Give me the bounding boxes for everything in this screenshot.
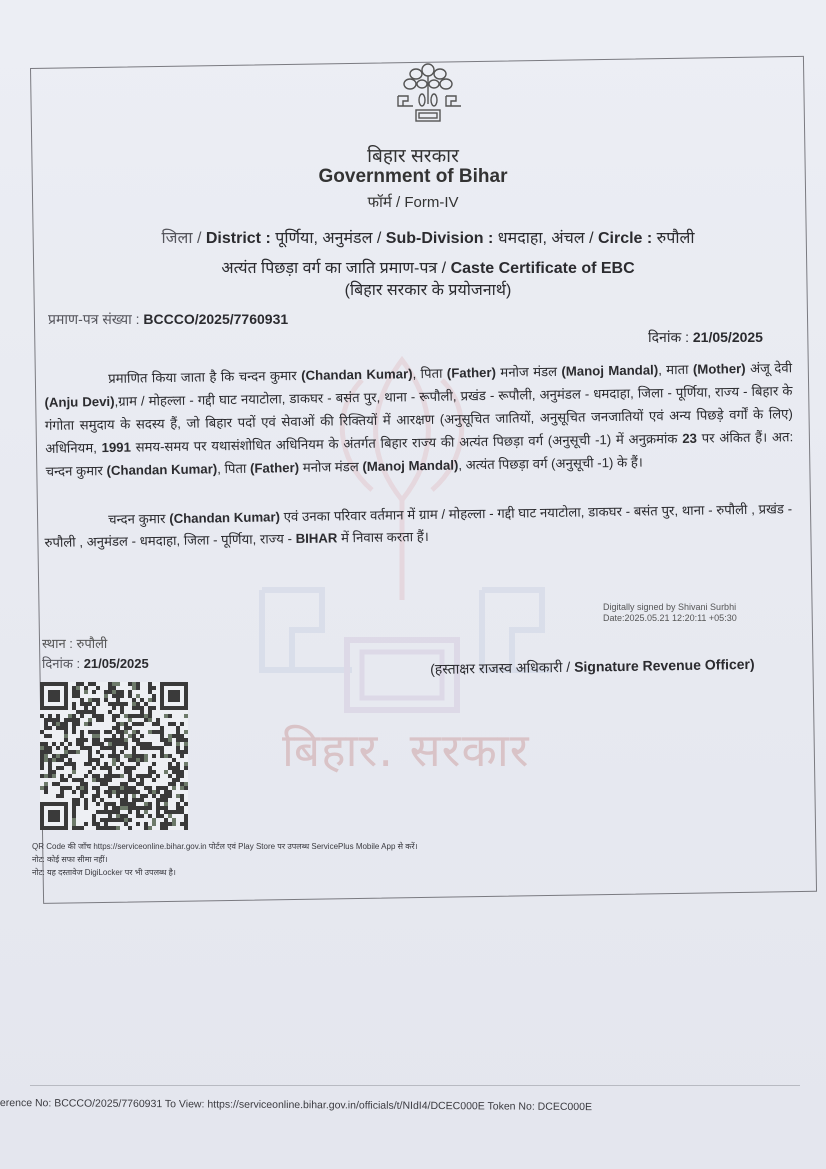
body-text-run: चन्दन कुमार	[108, 511, 169, 527]
body-text-run: 23	[682, 431, 697, 446]
bihar-emblem-icon	[388, 58, 468, 124]
certificate-title-english: Caste Certificate of EBC	[451, 260, 635, 277]
circle-label-hi: अंचल /	[551, 230, 598, 247]
issue-date-label: दिनांक :	[648, 329, 689, 345]
body-text-run: प्रमाणित किया जाता है कि चन्दन कुमार	[108, 368, 301, 386]
officer-label-hindi: (हस्ताक्षर राजस्व अधिकारी /	[430, 659, 570, 677]
digital-signature-date: Date:2025.05.21 12:20:11 +05:30	[603, 613, 737, 624]
form-label: फॉर्म / Form-IV	[0, 192, 826, 212]
header-title-hindi: बिहार सरकार	[0, 142, 826, 168]
body-text-run: , माता	[658, 362, 693, 378]
body-text-run: (Father)	[447, 365, 496, 381]
body-text-run: मनोज मंडल	[299, 459, 363, 475]
body-text-run: (Chandan Kumar)	[301, 366, 413, 383]
body-text-run: 1991	[101, 440, 131, 455]
certificate-number-label: प्रमाण-पत्र संख्या :	[48, 311, 140, 327]
body-text-run: (Father)	[250, 460, 299, 476]
body-text-run: मनोज मंडल	[496, 364, 562, 380]
body-text-run: BIHAR	[296, 530, 338, 546]
district-value: पूर्णिया,	[275, 230, 318, 247]
body-text-run: (Mother)	[693, 361, 746, 377]
signing-date-value: 21/05/2025	[84, 656, 149, 671]
officer-label-english: Signature Revenue Officer)	[574, 656, 755, 675]
certificate-number-value: BCCCO/2025/7760931	[143, 311, 288, 327]
body-text-run: (Anju Devi)	[44, 394, 114, 410]
issue-date: दिनांक : 21/05/2025	[648, 328, 763, 347]
qr-note-line-3: नोट: यह दस्तावेज DigiLocker पर भी उपलब्ध…	[32, 866, 418, 879]
location-line: जिला / District : पूर्णिया, अनुमंडल / Su…	[118, 226, 738, 248]
digital-signature-signer: Digitally signed by Shivani Surbhi	[603, 602, 737, 613]
place-label: स्थान :	[42, 636, 73, 651]
certificate-body-paragraph-1: प्रमाणित किया जाता है कि चन्दन कुमार (Ch…	[44, 356, 794, 483]
certificate-page: बिहार. सरकार बिहार सरकार Government of B…	[0, 0, 826, 1169]
circle-label-en: Circle :	[598, 230, 652, 247]
body-text-run: (Manoj Mandal)	[362, 458, 458, 475]
place: स्थान : रुपौली	[42, 634, 107, 652]
header-title-english: Government of Bihar	[0, 166, 826, 188]
certificate-number: प्रमाण-पत्र संख्या : BCCCO/2025/7760931	[48, 310, 288, 329]
body-text-run: , पिता	[412, 366, 447, 382]
signing-date-label: दिनांक :	[42, 656, 80, 671]
subdivision-value: धमदाहा,	[498, 230, 547, 247]
certificate-title-hindi: अत्यंत पिछड़ा वर्ग का जाति प्रमाण-पत्र /	[221, 260, 446, 277]
qr-note-line-1: QR Code की जाँच https://serviceonline.bi…	[32, 840, 418, 853]
qr-verification-note: QR Code की जाँच https://serviceonline.bi…	[32, 840, 418, 879]
certificate-purpose: (बिहार सरकार के प्रयोजनार्थ)	[118, 278, 738, 300]
signing-date: दिनांक : 21/05/2025	[42, 654, 149, 672]
body-text-run: (Chandan Kumar)	[169, 509, 280, 526]
body-text-run: , अत्यंत पिछड़ा वर्ग (अनुसूची -1) के हैं…	[458, 455, 643, 473]
district-label-en: District :	[206, 230, 271, 247]
body-text-run: , पिता	[217, 461, 250, 477]
body-text-run: समय-समय पर यथासंशोधित अधिनियम के अंतर्गत…	[131, 431, 683, 455]
body-text-run: (Chandan Kumar)	[106, 461, 217, 478]
subdivision-label-en: Sub-Division :	[386, 230, 494, 247]
body-text-run: (Manoj Mandal)	[561, 362, 658, 379]
footer-divider	[30, 1085, 800, 1086]
subdivision-label-hi: अनुमंडल /	[322, 230, 385, 247]
certificate-title: अत्यंत पिछड़ा वर्ग का जाति प्रमाण-पत्र /…	[118, 256, 738, 278]
place-value: रुपौली	[77, 636, 108, 651]
body-text-run: अंजू देवी	[746, 360, 793, 376]
district-label: जिला /	[162, 230, 206, 247]
circle-value: रुपौली	[657, 230, 695, 247]
body-text-run: में निवास करता हैं।	[337, 529, 429, 545]
qr-note-line-2: नोट: कोई सफा सीमा नहीं।	[32, 853, 418, 866]
issue-date-value: 21/05/2025	[693, 329, 763, 345]
qr-code-icon[interactable]	[40, 682, 188, 830]
footer-reference: erence No: BCCCO/2025/7760931 To View: h…	[0, 1097, 592, 1113]
digital-signature-stamp: Digitally signed by Shivani Surbhi Date:…	[603, 602, 737, 624]
